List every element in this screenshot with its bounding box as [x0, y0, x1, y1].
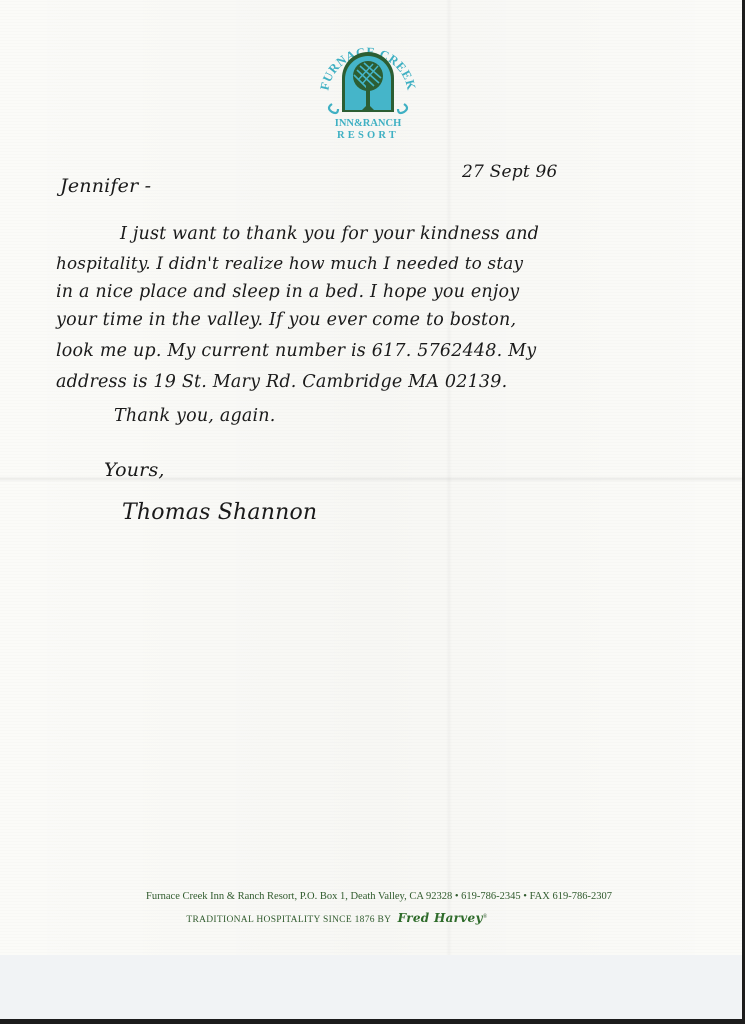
letter-thanks: Thank you, again.: [114, 406, 276, 426]
letter-body-line: address is 19 St. Mary Rd. Cambridge MA …: [56, 372, 507, 392]
letter-closing: Yours,: [104, 459, 165, 481]
furnace-creek-logo: FURNACE CREEK INN&RANCH RESORT: [318, 34, 418, 142]
footer-tagline: TRADITIONAL HOSPITALITY SINCE 1876 BY: [186, 915, 391, 925]
letter-salutation: Jennifer -: [60, 175, 151, 197]
tree-in-arch-icon: [342, 52, 394, 112]
registered-mark: ®: [483, 914, 488, 920]
letter-body-line: look me up. My current number is 617. 57…: [56, 341, 536, 361]
letter-body-line: your time in the valley. If you ever com…: [56, 310, 516, 330]
letter-page: FURNACE CREEK INN&RANCH RESORT 27 Sept 9…: [0, 0, 742, 1019]
logo-line-resort: RESORT: [337, 130, 399, 141]
letter-body-line: hospitality. I didn't realize how much I…: [56, 253, 523, 273]
logo-line-inn-ranch: INN&RANCH: [335, 118, 402, 129]
letter-signature: Thomas Shannon: [122, 500, 317, 525]
fred-harvey-signature-logo: Fred Harvey: [398, 911, 483, 925]
letter-body-line: in a nice place and sleep in a bed. I ho…: [56, 282, 519, 302]
letter-date: 27 Sept 96: [462, 162, 558, 182]
fold-crease-vertical: [446, 0, 452, 955]
footer-tagline-row: TRADITIONAL HOSPITALITY SINCE 1876 BY Fr…: [0, 911, 708, 925]
letter-body-line: I just want to thank you for your kindne…: [120, 224, 539, 244]
scan-bottom-strip: [0, 955, 742, 1019]
footer-address: Furnace Creek Inn & Ranch Resort, P.O. B…: [8, 891, 742, 902]
